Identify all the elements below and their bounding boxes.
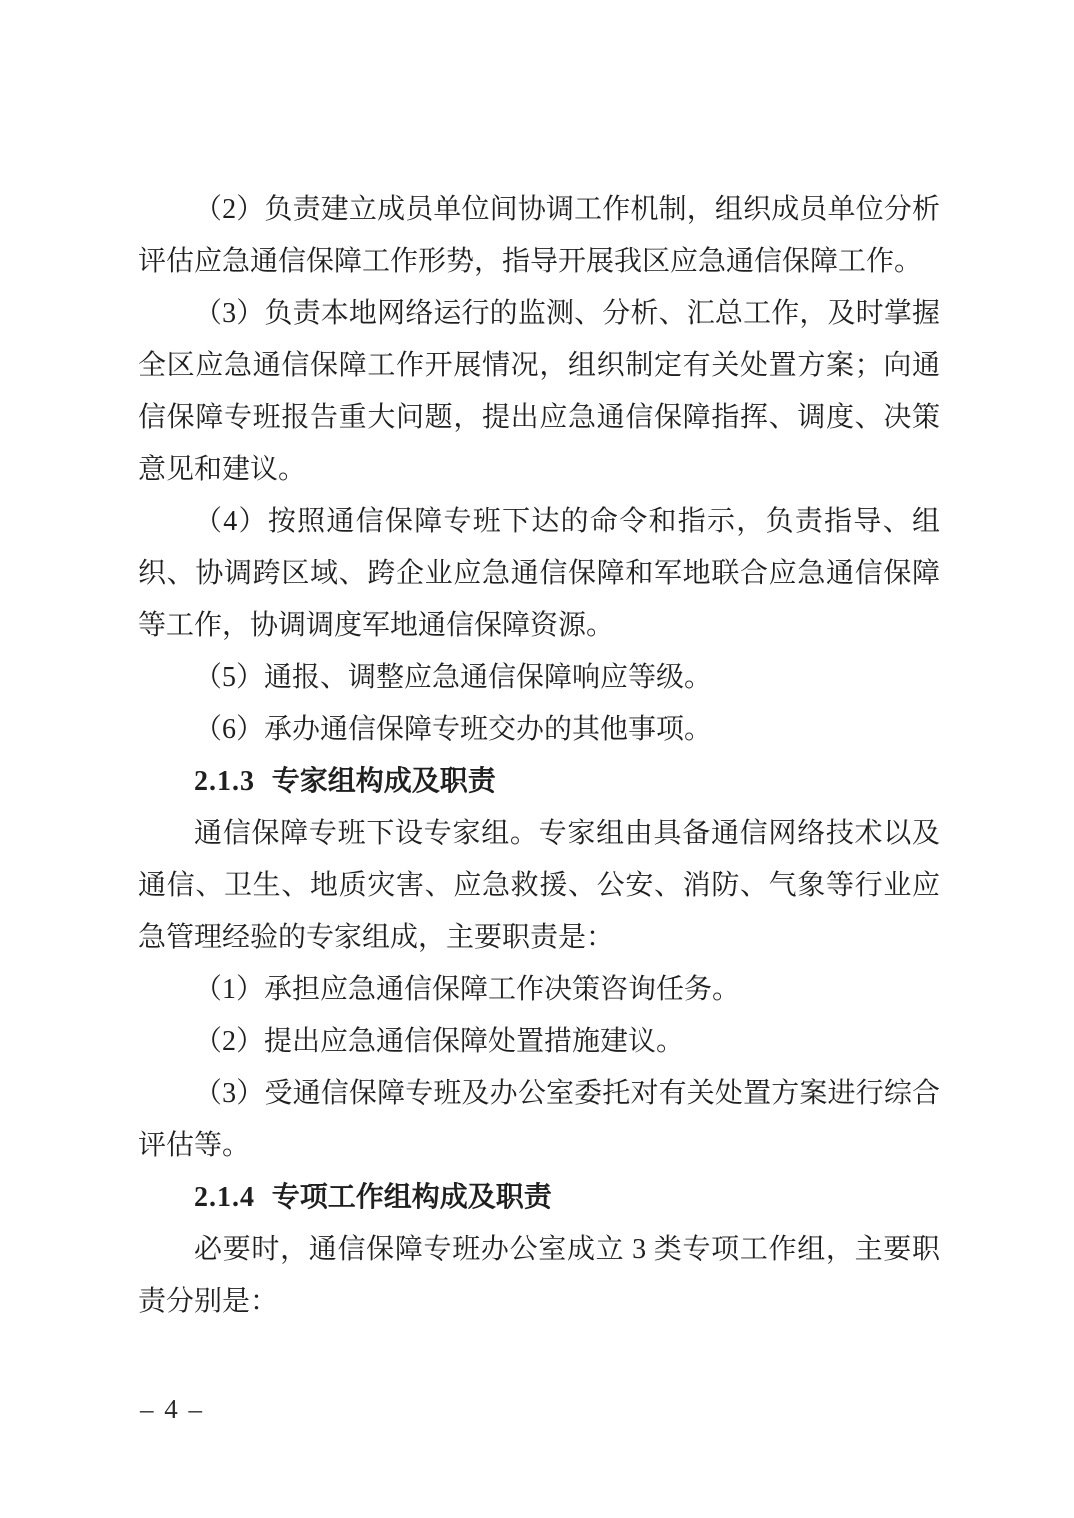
document-page: （2）负责建立成员单位间协调工作机制，组织成员单位分析评估应急通信保障工作形势，… bbox=[0, 0, 1074, 1518]
paragraph: （2）提出应急通信保障处置措施建议。 bbox=[138, 1016, 940, 1068]
paragraph: 通信保障专班下设专家组。专家组由具备通信网络技术以及通信、卫生、地质灾害、应急救… bbox=[138, 808, 940, 964]
paragraph: （1）承担应急通信保障工作决策咨询任务。 bbox=[138, 964, 940, 1016]
heading-title: 专项工作组构成及职责 bbox=[272, 1182, 552, 1213]
section-heading: 2.1.4专项工作组构成及职责 bbox=[138, 1172, 940, 1224]
paragraph: （3）受通信保障专班及办公室委托对有关处置方案进行综合评估等。 bbox=[138, 1068, 940, 1172]
paragraph: 必要时，通信保障专班办公室成立 3 类专项工作组，主要职责分别是： bbox=[138, 1224, 940, 1328]
heading-number: 2.1.4 bbox=[194, 1182, 255, 1213]
document-body: （2）负责建立成员单位间协调工作机制，组织成员单位分析评估应急通信保障工作形势，… bbox=[138, 184, 940, 1328]
paragraph: （5）通报、调整应急通信保障响应等级。 bbox=[138, 652, 940, 704]
paragraph: （4）按照通信保障专班下达的命令和指示，负责指导、组织、协调跨区域、跨企业应急通… bbox=[138, 496, 940, 652]
paragraph: （6）承办通信保障专班交办的其他事项。 bbox=[138, 704, 940, 756]
section-heading: 2.1.3专家组构成及职责 bbox=[138, 756, 940, 808]
paragraph: （2）负责建立成员单位间协调工作机制，组织成员单位分析评估应急通信保障工作形势，… bbox=[138, 184, 940, 288]
paragraph: （3）负责本地网络运行的监测、分析、汇总工作，及时掌握全区应急通信保障工作开展情… bbox=[138, 288, 940, 496]
page-number: – 4 – bbox=[140, 1392, 204, 1426]
heading-number: 2.1.3 bbox=[194, 766, 255, 797]
heading-title: 专家组构成及职责 bbox=[272, 766, 496, 797]
